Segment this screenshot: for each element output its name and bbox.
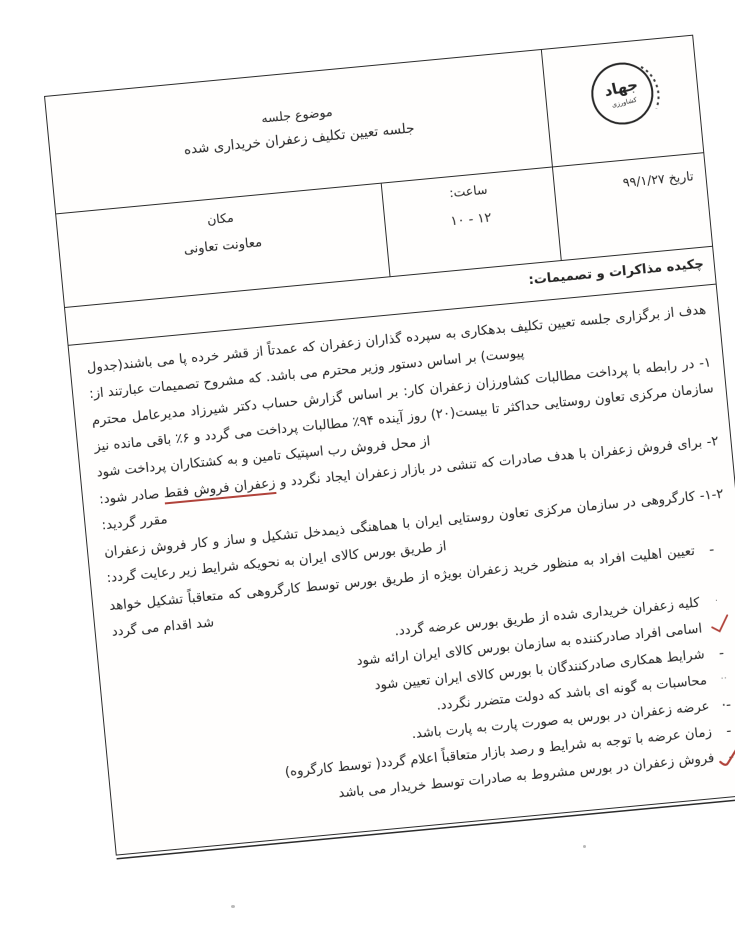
time-cell: ساعت: ۱۰ - ۱۲ [381, 168, 561, 277]
red-underlined-phrase: زعفران فروش فقط [163, 476, 276, 504]
ministry-logo: جهاد کشاورزی [585, 57, 659, 131]
dot-bullet-icon: · [698, 587, 734, 616]
dash-bullet-icon: -· [708, 691, 735, 720]
scanned-page: جهاد کشاورزی موضوع جلسه جلسه تعیین تکلیف… [0, 0, 735, 949]
minutes-body: هدف از برگزاری جلسه تعیین تکلیف بدهکاری … [69, 285, 735, 855]
scan-speck [231, 905, 235, 908]
meeting-date: تاریخ ۹۹/۱/۲۷ [552, 153, 712, 260]
check-icon: - [713, 743, 735, 772]
item-2-tail: صادر شود: مقرر گردید: [99, 487, 169, 534]
time-label: ساعت: [382, 175, 554, 206]
dot-bullet-icon: ·· [706, 665, 735, 694]
time-value: ۱۰ - ۱۲ [385, 204, 557, 235]
dash-bullet-icon: - [694, 536, 730, 565]
logo-cell: جهاد کشاورزی [541, 36, 703, 167]
dash-bullet-icon: - [703, 639, 735, 668]
meeting-minutes-document: جهاد کشاورزی موضوع جلسه جلسه تعیین تکلیف… [44, 35, 735, 856]
scan-speck [583, 845, 586, 848]
